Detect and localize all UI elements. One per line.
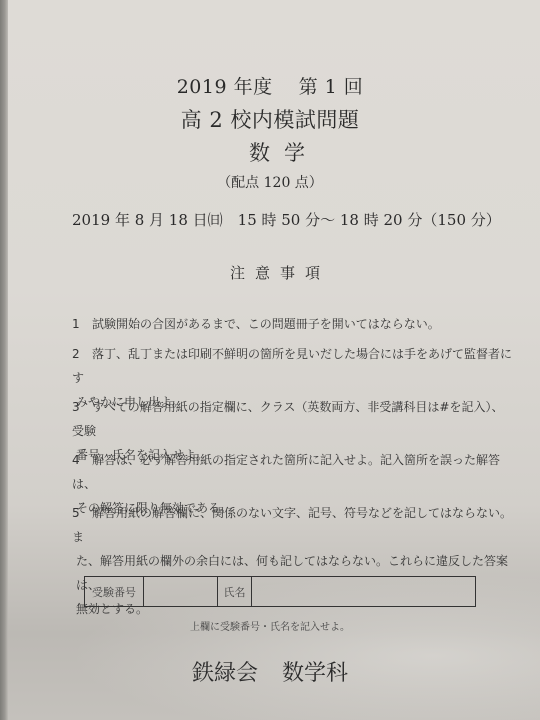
- round-label: 第 1 回: [299, 76, 364, 98]
- item-number: 3: [72, 395, 92, 419]
- form-instruction: 上欄に受験番号・氏名を記入せよ。: [0, 618, 540, 633]
- item-text: 解答用紙の解答欄に、関係のない文字、記号、符号などを記してはならない。ま: [72, 506, 512, 544]
- points-label: （配点 120 点）: [0, 172, 540, 192]
- item-number: 4: [72, 448, 92, 472]
- item-text: 解答は、必ず解答用紙の指定された箇所に記入せよ。記入箇所を誤った解答は、: [72, 453, 500, 491]
- item-number: 5: [72, 501, 92, 525]
- item-text: 落丁、乱丁または印刷不鮮明の箇所を見いだした場合には手をあげて監督者にす: [72, 347, 512, 385]
- department-name: 数学科: [282, 661, 348, 686]
- exam-number-label: 受験番号: [85, 577, 144, 606]
- notice-item-1: 1試験開始の合図があるまで、この問題冊子を開いてはならない。: [72, 312, 512, 336]
- item-number: 1: [72, 312, 92, 336]
- notice-heading: 注意事項: [0, 262, 540, 283]
- item-text: すべての解答用紙の指定欄に、クラス（英数両方、非受講科目は#を記入）、受験: [72, 400, 503, 438]
- item-number: 2: [72, 342, 92, 366]
- item-text: 試験開始の合図があるまで、この問題冊子を開いてはならない。: [92, 317, 440, 331]
- exam-datetime: 2019 年 8 月 18 日㈰ 15 時 50 分～ 18 時 20 分（15…: [72, 209, 501, 230]
- publisher-footer: 鉄緑会数学科: [0, 656, 540, 687]
- exam-number-field[interactable]: [144, 577, 218, 606]
- exam-year-round: 2019 年度第 1 回: [0, 72, 540, 99]
- name-field[interactable]: [252, 577, 475, 606]
- subject-title: 数学: [0, 137, 540, 167]
- name-label: 氏名: [218, 577, 252, 606]
- organization-name: 鉄緑会: [192, 661, 258, 686]
- exam-title: 高 2 校内模試問題: [0, 104, 540, 134]
- year-label: 2019 年度: [177, 76, 273, 98]
- candidate-info-table: 受験番号 氏名: [84, 576, 476, 607]
